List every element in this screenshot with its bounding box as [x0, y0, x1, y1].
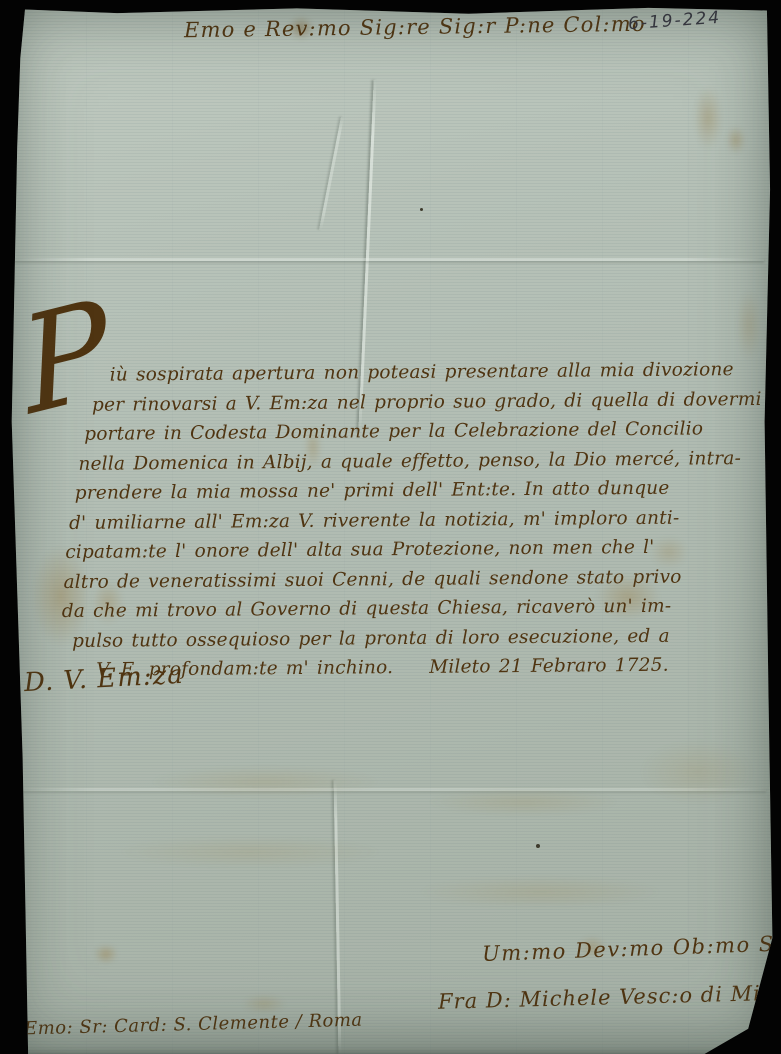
ink-speck: [420, 208, 423, 211]
closing-abbreviation: D. V. Em:za: [23, 660, 184, 698]
dateline: Mileto 21 Febraro 1725.: [429, 655, 669, 678]
letter-body: iù sospirata apertura non poteasi presen…: [54, 355, 763, 686]
stain: [118, 836, 382, 868]
salutation-line: Emo e Rev:mo Sig:re Sig:r P:ne Col:mo: [184, 12, 646, 42]
stain: [694, 86, 722, 150]
letter-paper: Emo e Rev:mo Sig:re Sig:r P:ne Col:mo 6-…: [0, 0, 781, 1054]
stain: [726, 126, 746, 154]
body-line: d' umiliarne all' Em:za V. riverente la …: [69, 502, 761, 538]
photograph-background: Emo e Rev:mo Sig:re Sig:r P:ne Col:mo 6-…: [0, 0, 781, 1054]
body-line: V. E. profondam:te m' inchino.Mileto 21 …: [96, 650, 762, 685]
stain: [640, 740, 754, 804]
address-line: Emo: Sr: Card: S. Clemente / Roma: [24, 1010, 363, 1040]
stain: [94, 944, 118, 964]
fold-crease-diagonal: [319, 117, 344, 230]
fold-crease-horizontal-lower: [14, 788, 766, 791]
signature-honorifics: Um:mo Dev:mo Ob:mo Servo: [482, 930, 781, 966]
stain: [736, 290, 762, 360]
stain: [418, 876, 662, 908]
ink-speck: [536, 844, 540, 848]
signature-name: Fra D: Michele Vesc:o di Mileto: [438, 980, 781, 1014]
stain: [150, 766, 380, 798]
stain: [428, 788, 618, 816]
fold-crease-horizontal-upper: [14, 258, 764, 261]
